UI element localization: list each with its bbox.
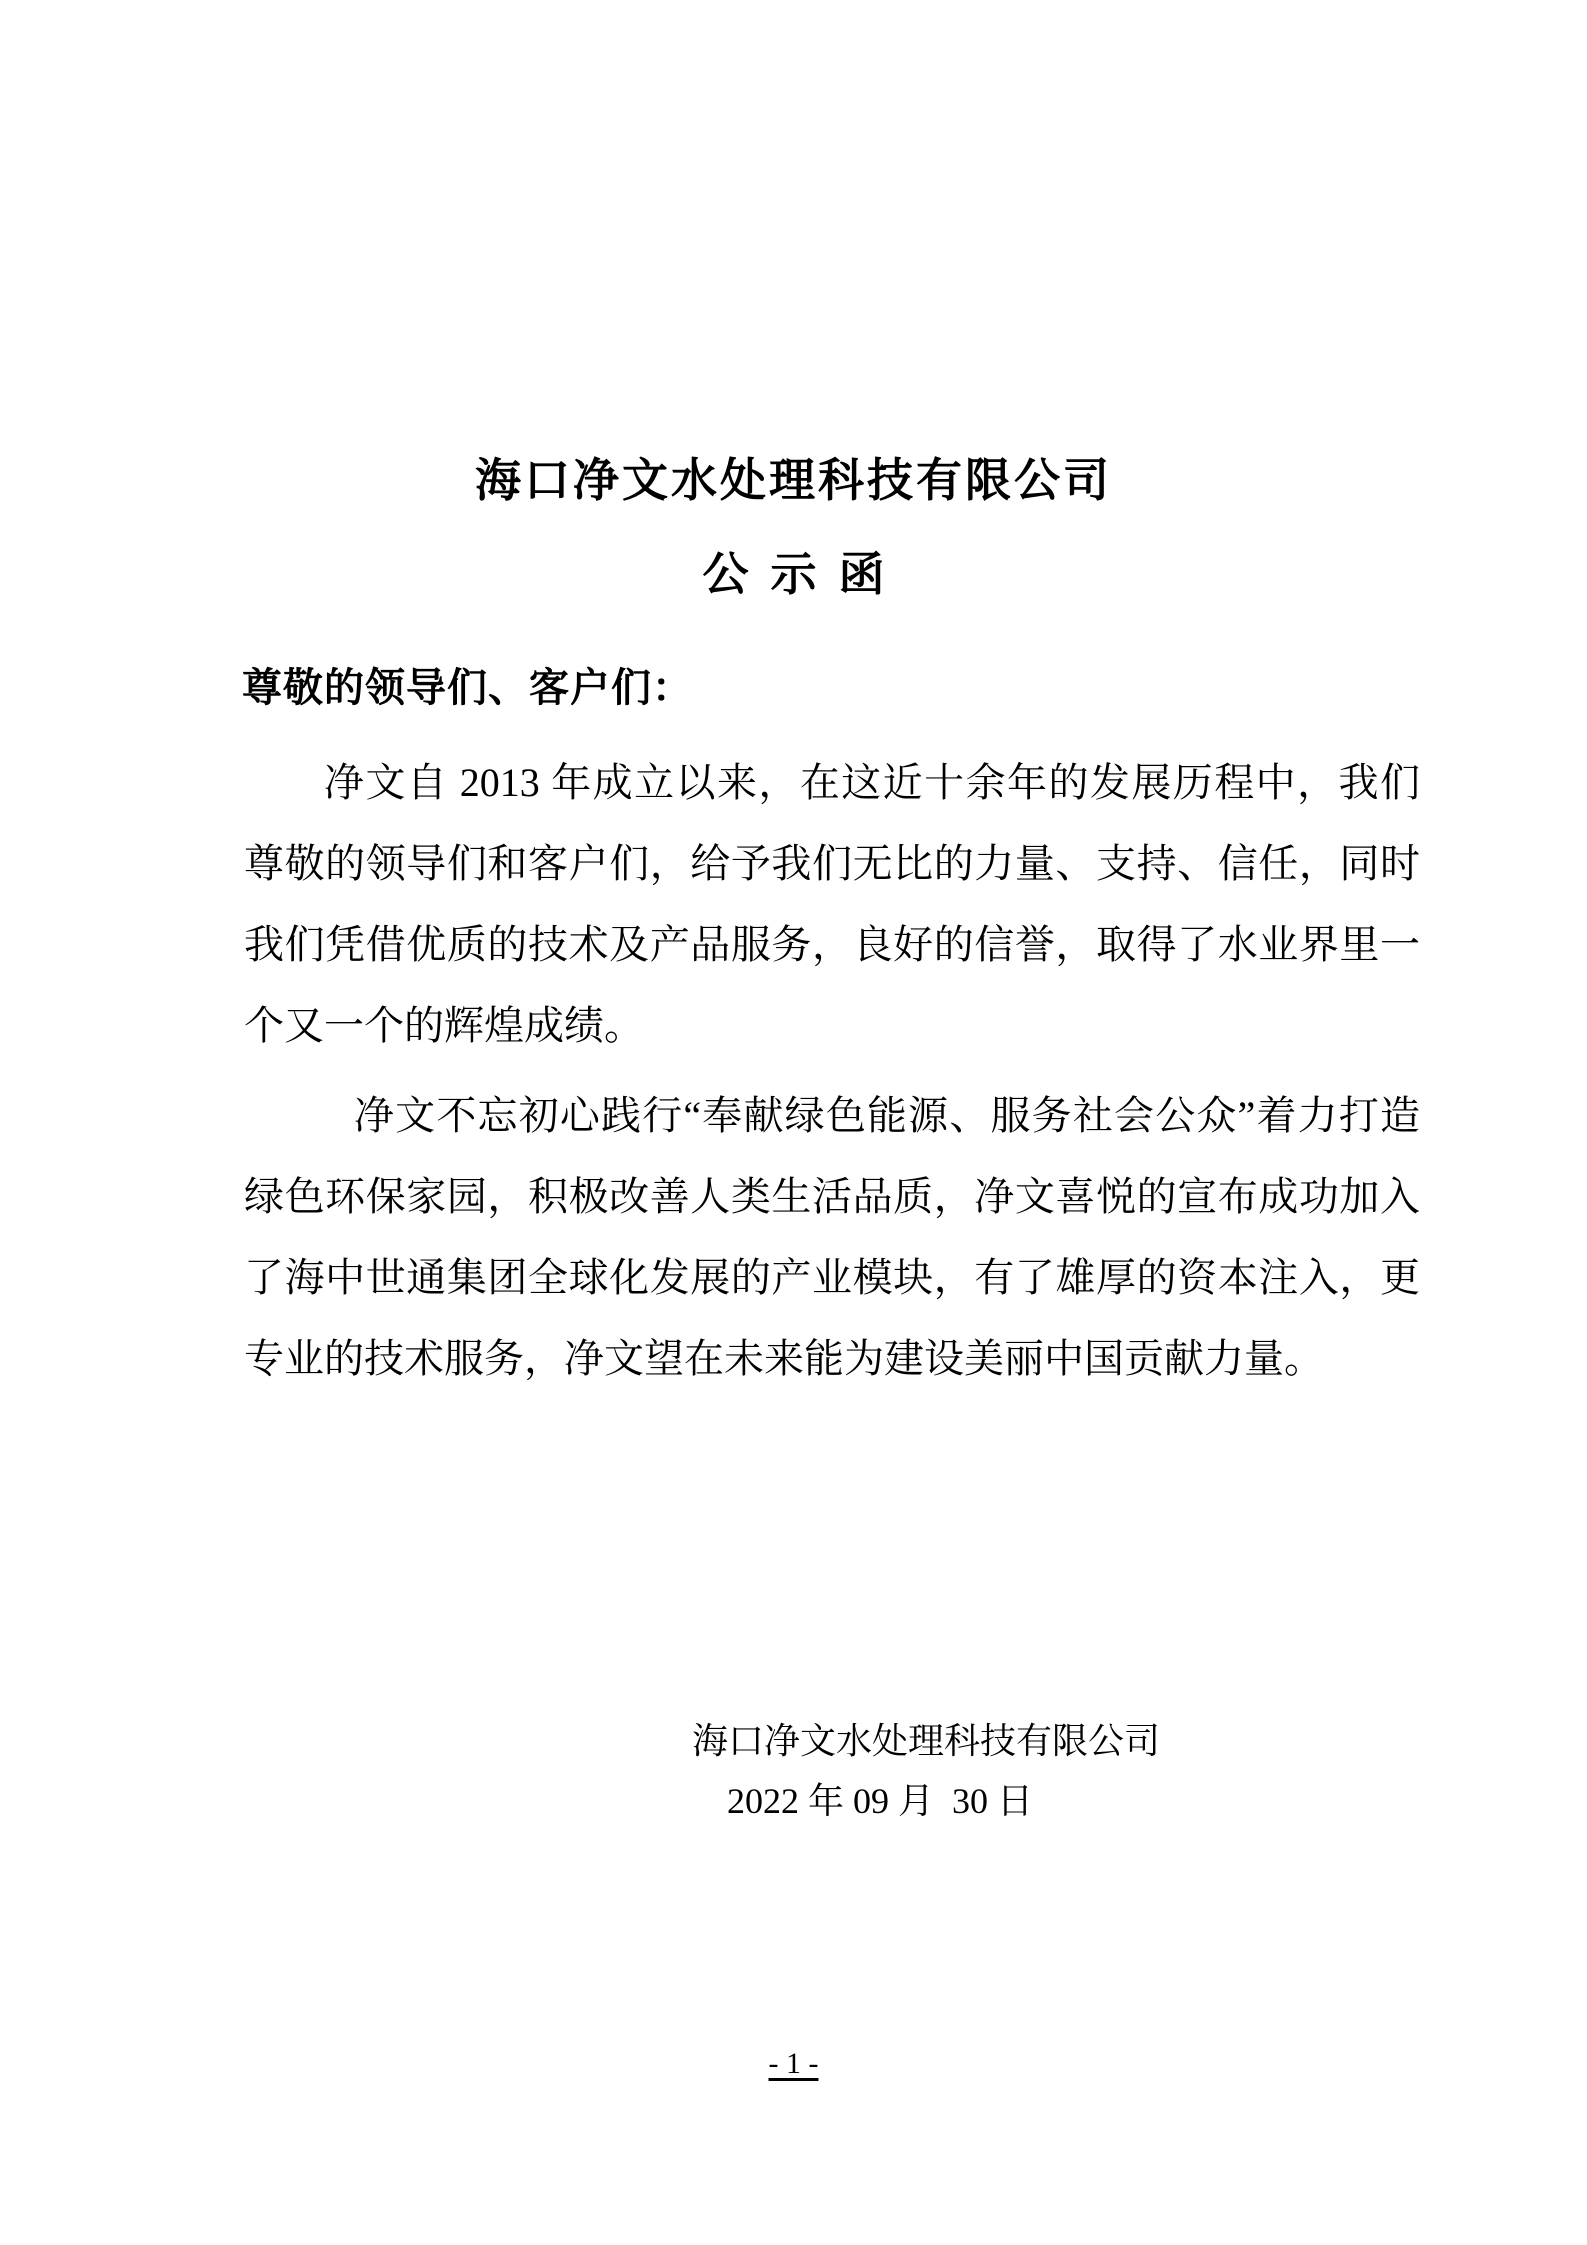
document-title: 海口净文水处理科技有限公司 [0,458,1587,504]
document-page: 海口净文水处理科技有限公司 公示函 尊敬的领导们、客户们： 净文自 2013 年… [0,0,1587,2245]
page-footer: - 1 - [0,2046,1587,2082]
body-paragraph-1: 净文自 2013 年成立以来，在这近十余年的发展历程中，我们尊敬的领导们和客户们… [244,742,1420,1066]
signature-date: 2022 年 09 月 30 日 [727,1780,1033,1823]
signature-company-name: 海口净文水处理科技有限公司 [692,1720,1160,1763]
salutation-line: 尊敬的领导们、客户们： [242,664,693,712]
document-subtitle: 公示函 [0,552,1587,598]
page-number: - 1 - [769,2047,819,2080]
body-paragraph-2: 净文不忘初心践行“奉献绿色能源、服务社会公众”着力打造绿色环保家园，积极改善人类… [244,1075,1420,1399]
